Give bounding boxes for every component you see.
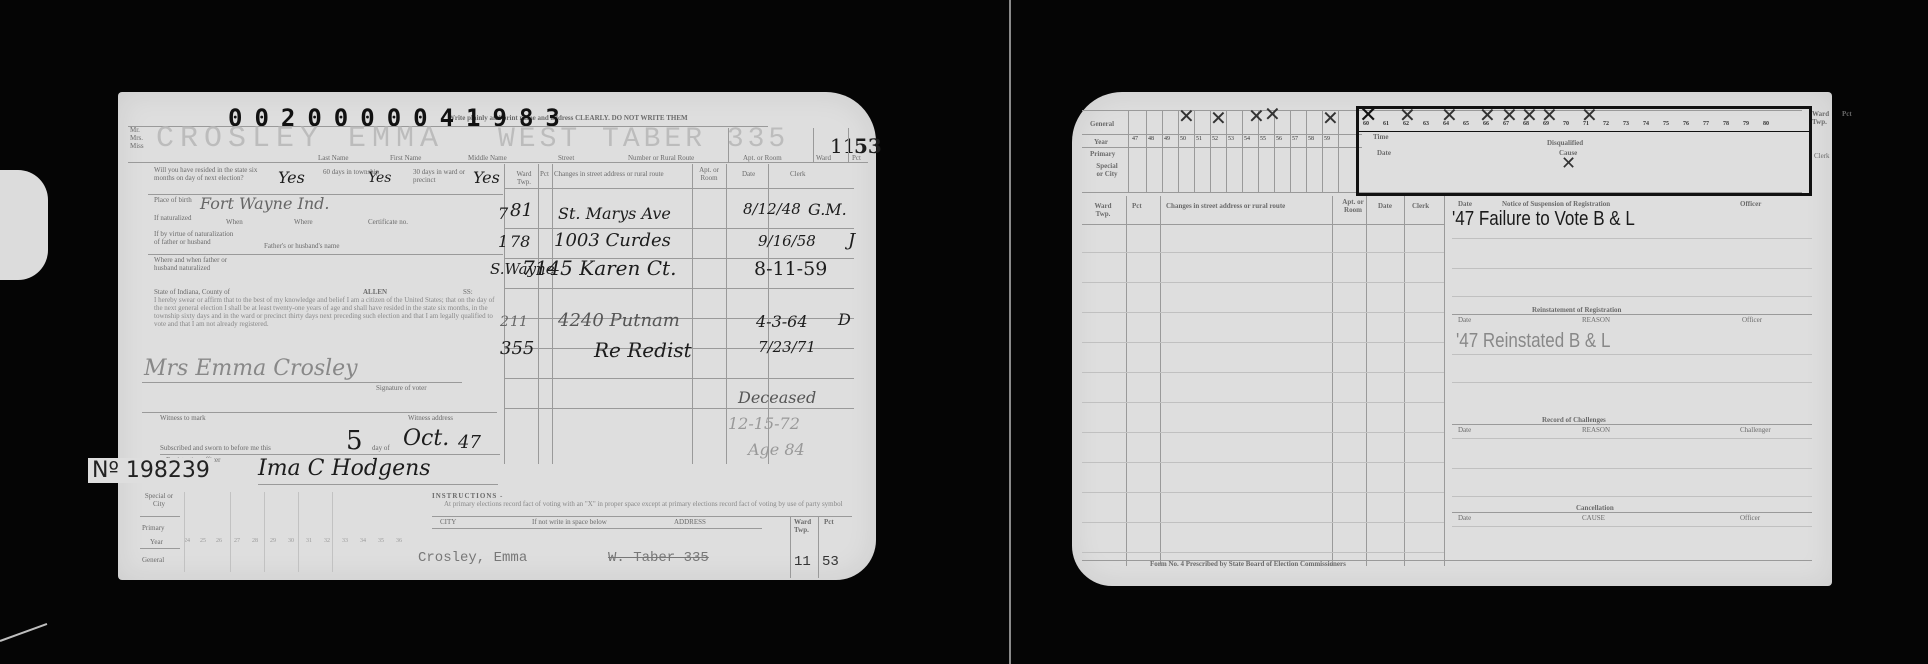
vote-mark: ✕ bbox=[1322, 106, 1339, 130]
reinstatement-reason-label: REASON bbox=[1582, 316, 1610, 324]
vote-mark: ✕ bbox=[1541, 103, 1558, 127]
vote-mark: ✕ bbox=[1479, 103, 1496, 127]
year-cells: 24 25 26 27 28 29 30 31 32 33 34 35 36 bbox=[184, 538, 424, 548]
challenges-reason-label: REASON bbox=[1582, 426, 1610, 434]
grid-label-general: General bbox=[142, 556, 164, 564]
where-when-father-label: Where and when father or husband natural… bbox=[154, 256, 244, 272]
reinstatement-date-label: Date bbox=[1458, 316, 1471, 324]
vote-mark: ✕ bbox=[1501, 103, 1518, 127]
oath-text: I hereby swear or affirm that to the bes… bbox=[154, 296, 499, 328]
label-middle-name: Middle Name bbox=[468, 154, 507, 162]
grid-row-general: General bbox=[1090, 120, 1114, 128]
voter-signature: Mrs Emma Crosley bbox=[144, 356, 358, 381]
certificate-label: Certificate no. bbox=[368, 218, 408, 226]
title-options: Mr. Mrs. Miss bbox=[130, 126, 144, 150]
label-last-name: Last Name bbox=[318, 154, 349, 162]
registration-card-front: Write plainly and print name and address… bbox=[118, 92, 876, 580]
changes-table-header: Ward Twp. Pct Changes in street address … bbox=[504, 164, 854, 186]
vote-mark: ✕ bbox=[1264, 102, 1281, 126]
label-pct: Pct bbox=[852, 154, 861, 162]
grid-label-primary: Primary bbox=[142, 524, 165, 532]
grid-time-label: Time bbox=[1373, 133, 1388, 141]
label-apt: Apt. or Room bbox=[743, 154, 782, 162]
cancellation-cause-label: CAUSE bbox=[1582, 514, 1605, 522]
cancellation-officer-label: Officer bbox=[1740, 514, 1760, 522]
subscribed-day: 5 bbox=[346, 426, 363, 456]
challenges-title: Record of Challenges bbox=[1542, 416, 1606, 424]
typed-address: W. Taber 335 bbox=[608, 550, 709, 566]
vote-mark: ✕ bbox=[1359, 103, 1377, 128]
label-first-name: First Name bbox=[390, 154, 421, 162]
vote-mark: ✕ bbox=[1441, 103, 1458, 127]
registration-officer-signature: Ima C Hodgens bbox=[258, 456, 431, 481]
deceased-date: 12-15-72 bbox=[728, 414, 800, 433]
footer-pct-label: Pct bbox=[824, 518, 834, 526]
grid-row-year: Year bbox=[1094, 138, 1108, 146]
instr-write-below: If not write in space below bbox=[532, 518, 607, 526]
oath-state-county: State of Indiana, County of bbox=[154, 288, 230, 296]
registration-card-back: General Year Primary Special or City 47 … bbox=[1072, 92, 1832, 586]
grid-label-year: Year bbox=[150, 538, 163, 546]
footer-ward: 11 bbox=[794, 554, 811, 570]
naturalized-label: If naturalized bbox=[154, 214, 192, 222]
reinstatement-title: Reinstatement of Registration bbox=[1532, 306, 1621, 314]
challenges-date-label: Date bbox=[1458, 426, 1471, 434]
years-left: 47 48 49 50 51 52 53 54 55 56 57 58 59 bbox=[1132, 136, 1362, 148]
deceased-note: Deceased bbox=[738, 388, 816, 407]
vote-mark: ✕ bbox=[1561, 153, 1576, 174]
side-clerk-label: Clerk bbox=[1814, 152, 1830, 160]
side-pct-label: Pct bbox=[1842, 110, 1852, 118]
witness-address-label: Witness address bbox=[408, 414, 453, 422]
grid-row-special: Special or City bbox=[1094, 162, 1120, 178]
reinstatement-entry: '47 Reinstated B & L bbox=[1456, 330, 1610, 353]
instructions-title: INSTRUCTIONS - bbox=[432, 492, 503, 500]
film-scratch bbox=[0, 623, 47, 642]
instr-city: CITY bbox=[440, 518, 456, 526]
sixty-days-answer: Yes bbox=[368, 170, 392, 186]
vote-mark: ✕ bbox=[1521, 103, 1538, 127]
naturalized-father-label: If by virtue of naturalization of father… bbox=[154, 230, 234, 246]
typed-name: Crosley, Emma bbox=[418, 550, 527, 566]
suspension-officer-label: Officer bbox=[1740, 200, 1761, 208]
vote-mark: ✕ bbox=[1178, 104, 1195, 128]
label-number: Number or Rural Route bbox=[628, 154, 694, 162]
subscribed-month: Oct. bbox=[403, 426, 449, 451]
reinstatement-officer-label: Officer bbox=[1742, 316, 1762, 324]
resided-answer: Yes bbox=[278, 168, 305, 187]
place-of-birth-label: Place of birth bbox=[154, 196, 194, 204]
side-ward-label: Ward Twp. bbox=[1812, 110, 1832, 126]
vote-mark: ✕ bbox=[1248, 104, 1265, 128]
label-street: Street bbox=[558, 154, 574, 162]
instr-address: ADDRESS bbox=[674, 518, 706, 526]
form-footer: Form No. 4 Prescribed by State Board of … bbox=[1150, 560, 1346, 568]
grid-disqualified-label: Disqualified bbox=[1547, 139, 1583, 147]
suspension-entry: '47 Failure to Vote B & L bbox=[1452, 208, 1635, 231]
challenges-challenger-label: Challenger bbox=[1740, 426, 1771, 434]
age-note: Age 84 bbox=[748, 440, 805, 459]
label-ward: Ward bbox=[816, 154, 831, 162]
adjacent-card-edge bbox=[0, 170, 48, 280]
suspension-title: Notice of Suspension of Registration bbox=[1502, 200, 1610, 208]
vote-mark: ✕ bbox=[1399, 103, 1416, 127]
vote-mark: ✕ bbox=[1210, 106, 1227, 130]
thirty-days-answer: Yes bbox=[473, 168, 500, 187]
registration-number: Nº 198239 bbox=[88, 458, 214, 483]
election-record-grid: 60 61 62 63 64 65 66 67 68 69 70 71 72 7… bbox=[1356, 106, 1812, 196]
cancellation-date-label: Date bbox=[1458, 514, 1471, 522]
father-husband-name-label: Father's or husband's name bbox=[264, 242, 339, 250]
footer-ward-label: Ward Twp. bbox=[794, 518, 814, 534]
subscribed-year: 47 bbox=[458, 432, 481, 453]
instructions-text: At primary elections record fact of voti… bbox=[444, 500, 864, 508]
address-field: WEST TABER 335 bbox=[498, 124, 789, 155]
oath-county: ALLEN bbox=[363, 288, 387, 296]
signature-label: Signature of voter bbox=[376, 384, 427, 392]
cancellation-title: Cancellation bbox=[1576, 504, 1614, 512]
back-changes-table-header: Ward Twp. Pct Changes in street address … bbox=[1082, 196, 1442, 224]
suspension-date-label: Date bbox=[1458, 200, 1472, 208]
place-of-birth-value: Fort Wayne Ind. bbox=[200, 194, 329, 213]
grid-row-primary: Primary bbox=[1090, 150, 1115, 158]
grid-label-special: Special or City bbox=[144, 492, 174, 508]
oath-ss: SS: bbox=[463, 288, 473, 296]
thirty-days-label: 30 days in ward or precinct bbox=[413, 168, 473, 184]
vote-mark: ✕ bbox=[1581, 103, 1598, 127]
resided-question: Will you have resided in the state six m… bbox=[154, 166, 264, 182]
day-of-label: day of bbox=[372, 444, 390, 452]
footer-pct: 53 bbox=[822, 554, 839, 570]
when-label: When bbox=[226, 218, 243, 226]
frame-divider bbox=[1009, 0, 1011, 664]
subscribed-label: Subscribed and sworn to before me this bbox=[160, 444, 271, 452]
name-field: CROSLEY EMMA bbox=[156, 122, 444, 156]
where-label: Where bbox=[294, 218, 313, 226]
grid-date-label: Date bbox=[1377, 149, 1391, 157]
witness-label: Witness to mark bbox=[160, 414, 206, 422]
